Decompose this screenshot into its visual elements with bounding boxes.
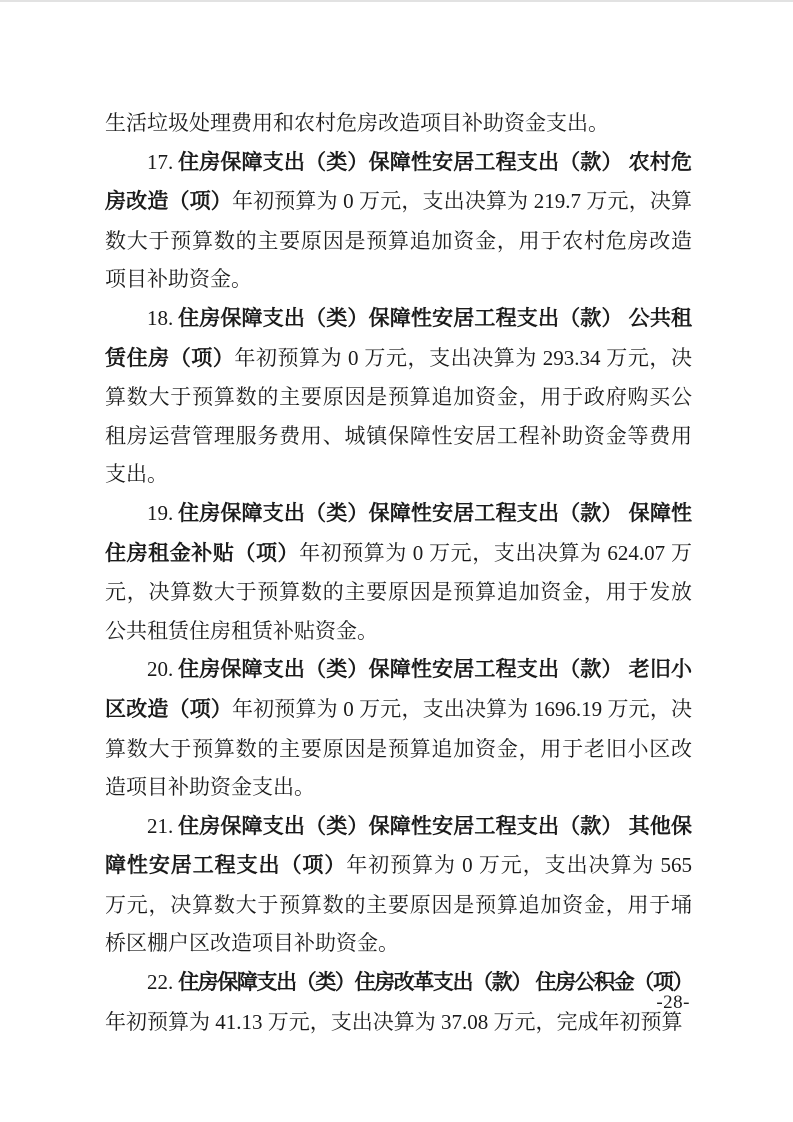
document-page: 生活垃圾处理费用和农村危房改造项目补助资金支出。 17.住房保障支出（类）保障性… — [0, 0, 793, 1122]
budget-item-paragraph: 21.住房保障支出（类）保障性安居工程支出（款） 其他保障性安居工程支出（项）年… — [105, 807, 692, 963]
page-number: -28- — [656, 992, 690, 1014]
paragraph-list: 17.住房保障支出（类）保障性安居工程支出（款） 农村危房改造（项）年初预算为 … — [105, 143, 692, 1042]
page-content: 生活垃圾处理费用和农村危房改造项目补助资金支出。 17.住房保障支出（类）保障性… — [105, 104, 692, 1041]
budget-item-paragraph: 22.住房保障支出（类）住房改革支出（款） 住房公积金（项）年初预算为 41.1… — [105, 963, 692, 1041]
budget-item-paragraph: 19.住房保障支出（类）保障性安居工程支出（款） 保障性住房租金补贴（项）年初预… — [105, 494, 692, 650]
item-number: 21. — [147, 814, 173, 838]
item-number: 17. — [147, 150, 173, 174]
item-body: 年初预算为 41.13 万元，支出决算为 37.08 万元，完成年初预算 — [105, 1010, 683, 1034]
item-number: 22. — [147, 970, 173, 994]
continuation-paragraph: 生活垃圾处理费用和农村危房改造项目补助资金支出。 — [105, 104, 692, 143]
item-heading: 住房保障支出（类）住房改革支出（款） 住房公积金（项） — [178, 971, 692, 994]
item-number: 18. — [147, 306, 173, 330]
budget-item-paragraph: 18.住房保障支出（类）保障性安居工程支出（款） 公共租赁住房（项）年初预算为 … — [105, 299, 692, 494]
item-number: 20. — [147, 657, 173, 681]
item-number: 19. — [147, 501, 173, 525]
budget-item-paragraph: 20.住房保障支出（类）保障性安居工程支出（款） 老旧小区改造（项）年初预算为 … — [105, 650, 692, 806]
budget-item-paragraph: 17.住房保障支出（类）保障性安居工程支出（款） 农村危房改造（项）年初预算为 … — [105, 143, 692, 299]
